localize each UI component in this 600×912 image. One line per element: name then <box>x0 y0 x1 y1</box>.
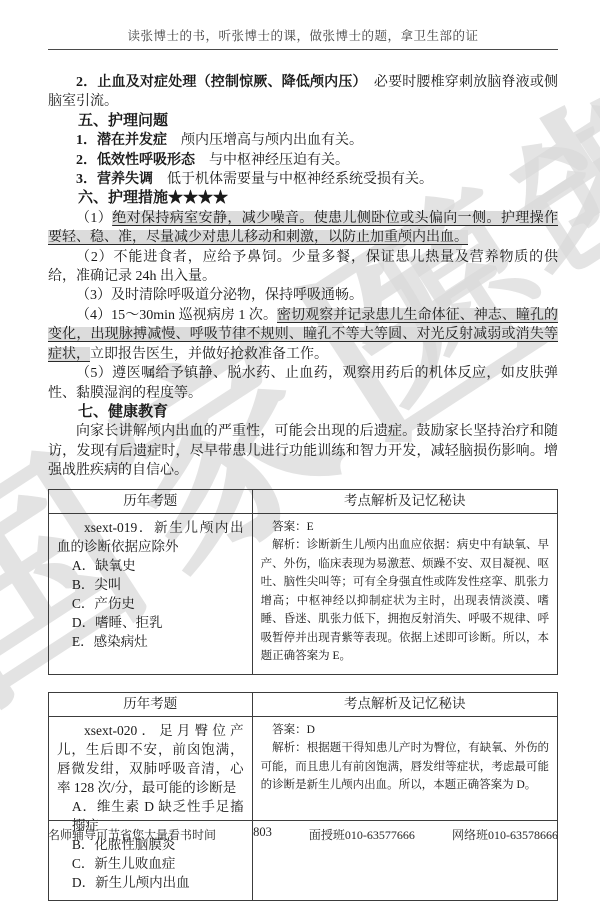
header-slogan: 读张博士的书，听张博士的课，做张博士的题，拿卫生部的证 <box>48 26 558 50</box>
page-header: 读张博士的书，听张博士的课，做张博士的题，拿卫生部的证 <box>48 26 558 50</box>
analysis-text: 解析：根据题干得知患儿产时为臀位，有缺氧、外伤的可能，而且患儿有前囟饱满，唇发绀… <box>261 739 549 795</box>
problem-3-rest: 低于机体需要量与中枢神经系统受损有关。 <box>153 172 433 187</box>
problem-3-lead: 3．营养失调 <box>76 172 153 187</box>
exam-table-2: 历年考题 考点解析及记忆秘诀 xsext-020．足月臀位产儿，生后即不安，前囟… <box>48 692 558 901</box>
health-education-body: 向家长讲解颅内出血的严重性，可能会出现的后遗症。鼓励家长坚持治疗和随访，发现有后… <box>48 422 558 480</box>
analysis-text: 解析：诊断新生儿颅内出血应依据：病史中有缺氧、早产、外伤，临床表现为易激惹、烦躁… <box>261 536 549 666</box>
option-d: D．新生儿颅内出血 <box>57 873 244 892</box>
section-title-health-education: 七、健康教育 <box>48 403 558 422</box>
page-content: 2．止血及对症处理（控制惊厥、降低颅内压） 必要时腰椎穿刺放脑脊液或侧脑室引流。… <box>48 73 558 901</box>
nursing-problem-item: 1．潜在并发症 颅内压增高与颅内出血有关。 <box>48 131 558 150</box>
option-c: C．产伤史 <box>57 594 244 613</box>
question-cell: xsext-020．足月臀位产儿，生后即不安，前囟饱满，唇微发绀，双肺呼吸音清，… <box>49 716 253 900</box>
question-cell: xsext-019．新生儿颅内出血的诊断依据应除外 A．缺氧史 B．尖叫 C．产… <box>49 513 253 674</box>
table-header-row: 历年考题 考点解析及记忆秘诀 <box>49 489 558 513</box>
table-header-row: 历年考题 考点解析及记忆秘诀 <box>49 692 558 716</box>
column-header-questions: 历年考题 <box>49 489 253 513</box>
page-number: 803 <box>253 825 272 840</box>
exam-table-1: 历年考题 考点解析及记忆秘诀 xsext-019．新生儿颅内出血的诊断依据应除外… <box>48 489 558 675</box>
analysis-cell: 答案：E 解析：诊断新生儿颅内出血应依据：病史中有缺氧、早产、外伤，临床表现为易… <box>252 513 557 674</box>
measure-4-suffix: 立即报告医生，并做好抢救准备工作。 <box>90 347 328 362</box>
book-page: 国家医考 原创 读张博士的书，听张博士的课，做张博士的题，拿卫生部的证 2．止血… <box>0 0 600 912</box>
column-header-questions: 历年考题 <box>49 692 253 716</box>
problem-2-rest: 与中枢神经压迫有关。 <box>195 153 349 168</box>
hemostasis-lead: 2．止血及对症处理（控制惊厥、降低颅内压） <box>76 75 360 90</box>
answer-text: 答案：D <box>261 721 549 740</box>
measure-5: （5）遵医嘱给予镇静、脱水药、止血药，观察用药后的机体反应，如皮肤弹性、黏膜湿润… <box>48 364 558 403</box>
footer-phone-onsite: 面授班010-63577666 <box>309 826 415 843</box>
paragraph-hemostasis: 2．止血及对症处理（控制惊厥、降低颅内压） 必要时腰椎穿刺放脑脊液或侧脑室引流。 <box>48 73 558 112</box>
section-title-nursing-measures: 六、护理措施★★★★ <box>48 189 558 208</box>
option-a: A．缺氧史 <box>57 556 244 575</box>
column-header-analysis: 考点解析及记忆秘诀 <box>252 692 557 716</box>
measure-2: （2）不能进食者，应给予鼻饲。少量多餐，保证患儿热量及营养物质的供给，准确记录 … <box>48 248 558 287</box>
column-header-analysis: 考点解析及记忆秘诀 <box>252 489 557 513</box>
answer-text: 答案：E <box>261 518 549 537</box>
question-text: xsext-019．新生儿颅内出血的诊断依据应除外 <box>57 518 244 556</box>
measure-4: （4）15～30min 巡视病房 1 次。密切观察并记录患儿生命体征、神志、瞳孔… <box>48 306 558 364</box>
measure-4-prefix: （4）15～30min 巡视病房 1 次。 <box>76 308 277 323</box>
problem-1-lead: 1．潜在并发症 <box>76 133 167 148</box>
option-c: C．新生儿败血症 <box>57 854 244 873</box>
option-e: E．感染病灶 <box>57 632 244 651</box>
measure-3: （3）及时清除呼吸道分泌物，保持呼吸通畅。 <box>48 286 558 305</box>
page-footer: 名师辅导可节省您大量看书时间 803 面授班010-63577666 网络班01… <box>48 820 558 843</box>
problem-2-lead: 2．低效性呼吸形态 <box>76 153 195 168</box>
analysis-cell: 答案：D 解析：根据题干得知患儿产时为臀位，有缺氧、外伤的可能，而且患儿有前囟饱… <box>252 716 557 900</box>
measure-1: （1）绝对保持病室安静，减少噪音。使患儿侧卧位或头偏向一侧。护理操作要轻、稳、准… <box>48 209 558 248</box>
option-b: B．尖叫 <box>57 575 244 594</box>
table-row: xsext-019．新生儿颅内出血的诊断依据应除外 A．缺氧史 B．尖叫 C．产… <box>49 513 558 674</box>
table-row: xsext-020．足月臀位产儿，生后即不安，前囟饱满，唇微发绀，双肺呼吸音清，… <box>49 716 558 900</box>
problem-1-rest: 颅内压增高与颅内出血有关。 <box>167 133 363 148</box>
footer-slogan: 名师辅导可节省您大量看书时间 <box>48 826 216 843</box>
nursing-problem-item: 3．营养失调 低于机体需要量与中枢神经系统受损有关。 <box>48 170 558 189</box>
measure-1-prefix: （1） <box>76 211 112 226</box>
option-d: D．嗜睡、拒乳 <box>57 613 244 632</box>
section-title-nursing-problems: 五、护理问题 <box>48 112 558 131</box>
question-text: xsext-020．足月臀位产儿，生后即不安，前囟饱满，唇微发绀，双肺呼吸音清，… <box>57 721 244 797</box>
nursing-problem-item: 2．低效性呼吸形态 与中枢神经压迫有关。 <box>48 151 558 170</box>
footer-phone-online: 网络班010-63578666 <box>452 826 558 843</box>
measure-1-highlight: 绝对保持病室安静，减少噪音。使患儿侧卧位或头偏向一侧。护理操作要轻、稳、准，尽量… <box>48 211 558 245</box>
